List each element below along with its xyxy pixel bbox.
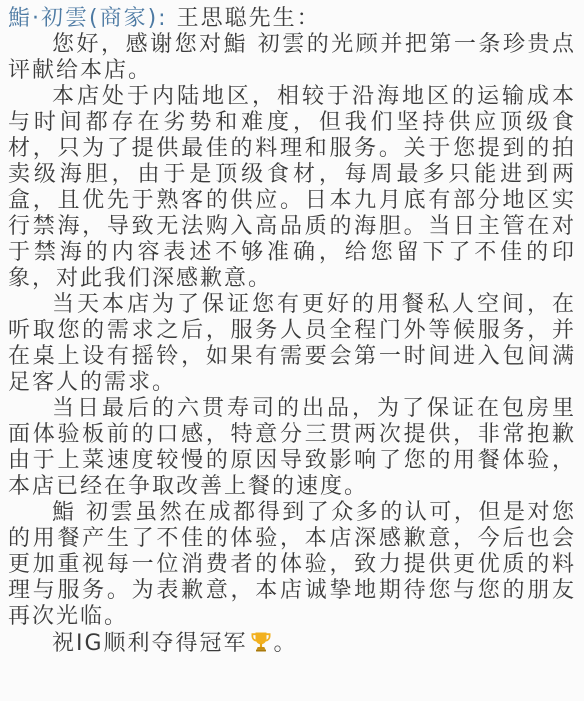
- recipient-name: 王思聪先生：: [177, 6, 321, 31]
- trophy-icon: [249, 630, 273, 654]
- closing-text: 祝IG顺利夺得冠军: [52, 631, 248, 656]
- reply-header: 鮨·初雲(商家): 王思聪先生：: [8, 6, 576, 32]
- reply-paragraph-greeting: 您好，感谢您对鮨 初雲的光顾并把第一条珍贵点评献给本店。: [8, 32, 576, 84]
- merchant-reply-document: 鮨·初雲(商家): 王思聪先生： 您好，感谢您对鮨 初雲的光顾并把第一条珍贵点评…: [0, 0, 584, 701]
- reply-paragraph-sushi-serving: 当日最后的六贯寿司的出品，为了保证在包房里面体验板前的口感，特意分三贯两次提供，…: [8, 396, 576, 500]
- merchant-name-link[interactable]: 鮨·初雲(商家):: [8, 6, 168, 31]
- reply-paragraph-private-room-service: 当天本店为了保证您有更好的用餐私人空间，在听取您的需求之后，服务人员全程门外等候…: [8, 292, 576, 396]
- reply-paragraph-apology: 鮨 初雲虽然在成都得到了众多的认可，但是对您的用餐产生了不佳的体验，本店深感歉意…: [8, 500, 576, 630]
- closing-punctuation: 。: [274, 631, 298, 656]
- reply-paragraph-supply-explanation: 本店处于内陆地区，相较于沿海地区的运输成本与时间都存在劣势和难度，但我们坚持供应…: [8, 84, 576, 292]
- closing-line: 祝IG顺利夺得冠军 。: [8, 630, 576, 657]
